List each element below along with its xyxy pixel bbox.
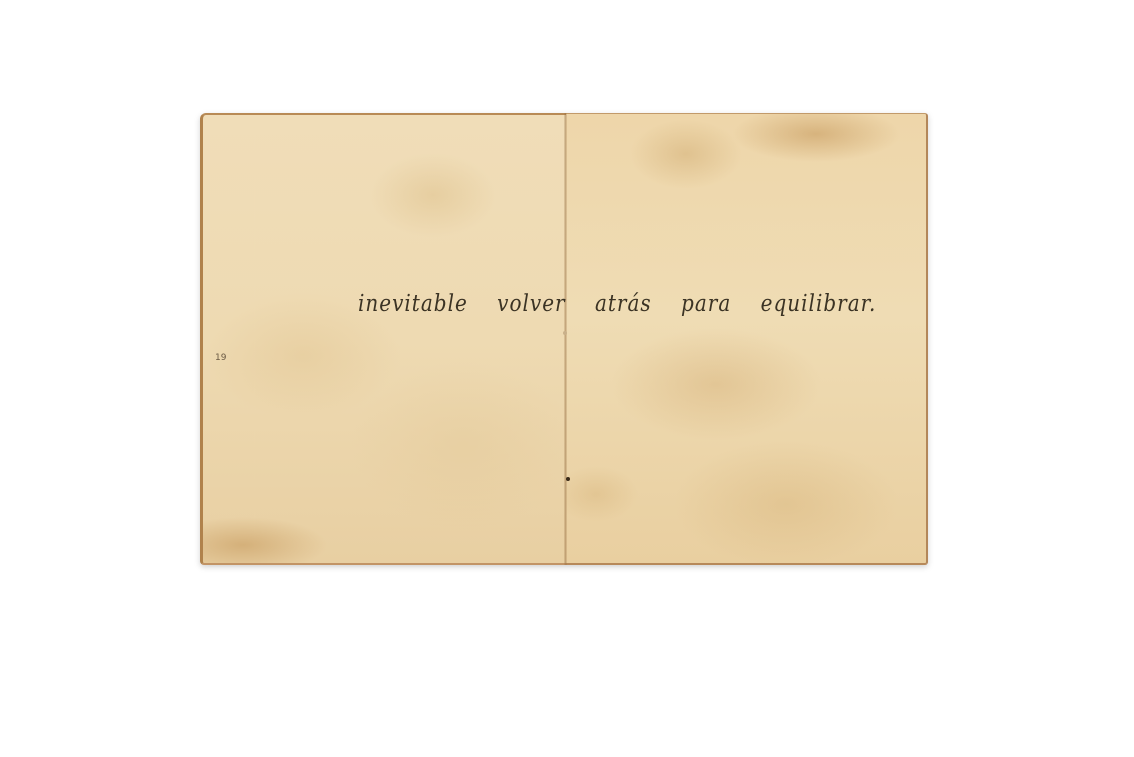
handwritten-word: para bbox=[681, 289, 731, 317]
book-spine bbox=[564, 113, 567, 565]
handwritten-text: inevitable volver atrás para equilibrar. bbox=[358, 289, 898, 317]
margin-page-number: 19 bbox=[215, 353, 226, 363]
handwritten-word: equilibrar. bbox=[761, 289, 877, 317]
handwritten-word: inevitable bbox=[358, 289, 468, 317]
binding-stitch-bottom bbox=[566, 477, 570, 481]
handwritten-word: atrás bbox=[595, 289, 652, 317]
handwritten-word: volver bbox=[497, 289, 565, 317]
left-page: 19 bbox=[200, 113, 566, 565]
open-notebook: 19 inevitable volver atrás para equilibr… bbox=[200, 113, 928, 565]
right-page bbox=[566, 113, 928, 565]
binding-stitch-top bbox=[563, 331, 567, 335]
